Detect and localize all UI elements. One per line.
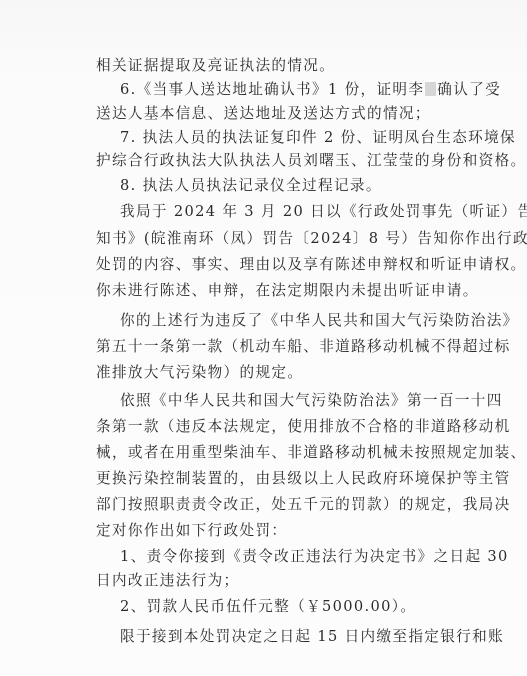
text-line: 部门按照职责责令改正，处五千元的罚款）的规定，我局决 [96,495,432,515]
text-line: 你未进行陈述、申辩，在法定期限内未提出听证申请。 [96,281,432,301]
document-page: 相关证据提取及亮证执法的情况。 6.《当事人送达地址确认书》1 份，证明李确认了… [0,0,527,676]
text-line: 定对你作出如下行政处罚： [96,521,432,541]
text-line: 条第一款（违反本法规定，使用排放不合格的非道路移动机 [96,417,432,437]
text-segment: 确认了受 [437,81,501,98]
text-line: 送达人基本信息、送达地址及送达方式的情况； [96,104,432,124]
text-line: 处罚的内容、事实、理由以及享有陈述申辩权和听证申请权。 [96,255,432,275]
text-line: 2、罚款人民币伍仟元整（￥5000.00）。 [120,597,432,617]
text-line: 相关证据提取及亮证执法的情况。 [96,56,432,76]
text-line: 1、责令你接到《责令改正违法行为决定书》之日起 30 [120,547,432,567]
text-line: 护综合行政执法大队执法人员刘曙玉、江莹莹的身份和资格。 [96,151,432,171]
text-line: 6.《当事人送达地址确认书》1 份，证明李确认了受 [120,80,432,100]
text-line: 械，或者在用重型柴油车、非道路移动机械未按照规定加装、 [96,443,432,463]
text-line: 7. 执法人员的执法证复印件 2 份、证明凤台生态环境保 [120,128,432,148]
text-line: 限于接到本处罚决定之日起 15 日内缴至指定银行和账 [120,627,432,647]
text-segment: 6.《当事人送达地址确认书》1 份，证明李 [120,81,424,98]
redaction-block [425,82,436,96]
text-line: 准排放大气污染物）的规定。 [96,363,432,383]
text-line: 你的上述行为违反了《中华人民共和国大气污染防治法》 [120,311,432,331]
text-line: 第五十一条第一款（机动车船、非道路移动机械不得超过标 [96,337,432,357]
text-line: 日内改正违法行为； [96,571,432,591]
text-line: 我局于 2024 年 3 月 20 日以《行政处罚事先（听证）告 [120,202,432,222]
text-line: 8. 执法人员执法记录仪全过程记录。 [120,176,432,196]
text-line: 依照《中华人民共和国大气污染防治法》第一百一十四 [120,391,432,411]
text-line: 更换污染控制装置的，由县级以上人民政府环境保护等主管 [96,469,432,489]
text-line: 知书》(皖淮南环（凤）罚告〔2024〕8 号）告知你作出行政 [96,229,432,249]
